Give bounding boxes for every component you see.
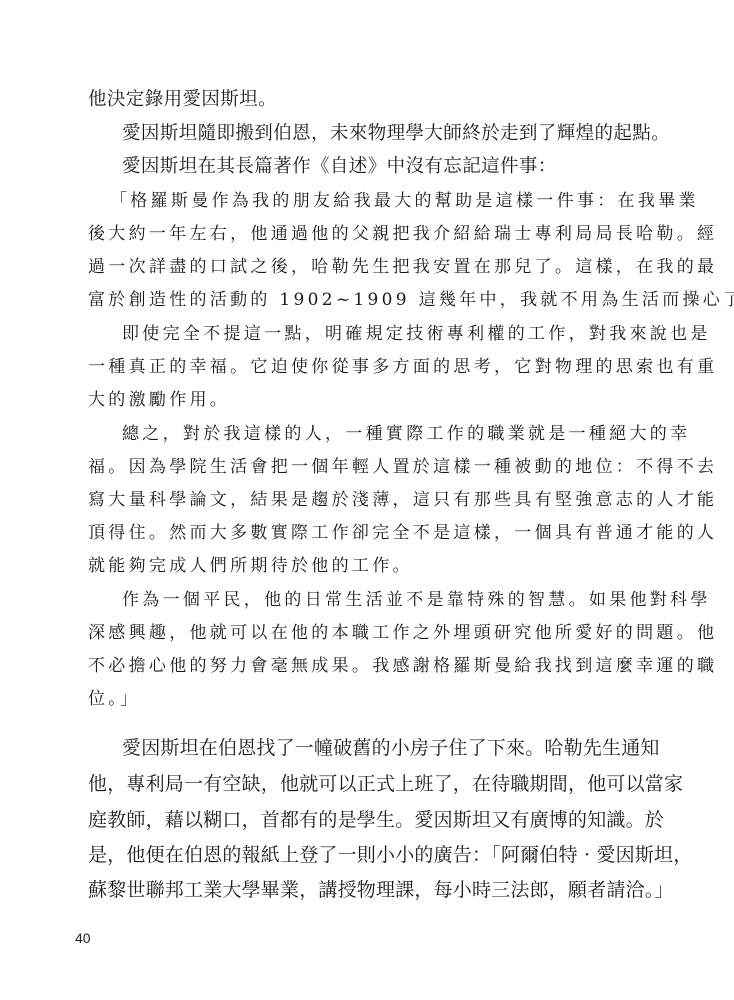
quote-line: 過一次詳盡的口試之後，哈勒先生把我安置在那兒了。這樣，在我的最 [88,255,717,279]
book-page: 他決定錄用愛因斯坦。 愛因斯坦隨即搬到伯恩，未來物理學大師終於走到了輝煌的起點。… [0,0,734,1000]
quote-line: 深感興趣，他就可以在他的本職工作之外埋頭研究他所愛好的問題。他 [88,621,717,645]
paragraph-line: 愛因斯坦隨即搬到伯恩，未來物理學大師終於走到了輝煌的起點。 [122,122,670,146]
quote-line: 總之，對於我這樣的人，一種實際工作的職業就是一種絕大的幸 [122,422,690,446]
quote-line: 位。」 [88,687,140,711]
paragraph-line: 蘇黎世聯邦工業大學畢業，講授物理課，每小時三法郎，願者請洽。」 [88,878,674,902]
quote-line: 「格羅斯曼作為我的朋友給我最大的幫助是這樣一件事：在我畢業 [110,189,699,213]
quote-line: 寫大量科學論文，結果是趨於淺薄，這只有那些具有堅強意志的人才能 [88,488,717,512]
quote-line: 頂得住。然而大多數實際工作卻完全不是這樣，一個具有普通才能的人 [88,521,717,545]
paragraph-line: 是，他便在伯恩的報紙上登了一則小小的廣告：「阿爾伯特 · 愛因斯坦， [88,843,692,867]
quote-line: 就能夠完成人們所期待於他的工作。 [88,554,413,578]
quote-line: 一種真正的幸福。它迫使你從事多方面的思考，它對物理的思索也有重 [88,355,717,379]
paragraph-line: 他決定錄用愛因斯坦。 [88,88,277,112]
paragraph-line: 庭教師，藉以糊口，首都有的是學生。愛因斯坦又有廣博的知識。於 [88,808,664,832]
quote-line: 作為一個平民，他的日常生活並不是靠特殊的智慧。如果他對科學 [122,588,711,612]
paragraph-line: 他，專利局一有空缺，他就可以正式上班了，在待職期間，他可以當家 [88,772,683,796]
quote-line: 後大約一年左右，他通過他的父親把我介紹給瑞士專利局局長哈勒。經 [88,222,717,246]
quote-line: 不必擔心他的努力會毫無成果。我感謝格羅斯曼給我找到這麼幸運的職 [88,654,717,678]
quote-line: 即使完全不提這一點，明確規定技術專利權的工作，對我來說也是 [122,322,711,346]
paragraph-line: 愛因斯坦在其長篇著作《自述》中沒有忘記這件事： [122,155,557,179]
quote-line: 福。因為學院生活會把一個年輕人置於這樣一種被動的地位：不得不去 [88,455,717,479]
quote-line: 富於創造性的活動的 1902~1909 這幾年中，我就不用為生活而操心了。 [88,288,734,312]
paragraph-line: 愛因斯坦在伯恩找了一幢破舊的小房子住了下來。哈勒先生通知 [122,736,660,760]
quote-line: 大的激勵作用。 [88,388,230,412]
page-number: 40 [75,930,91,946]
